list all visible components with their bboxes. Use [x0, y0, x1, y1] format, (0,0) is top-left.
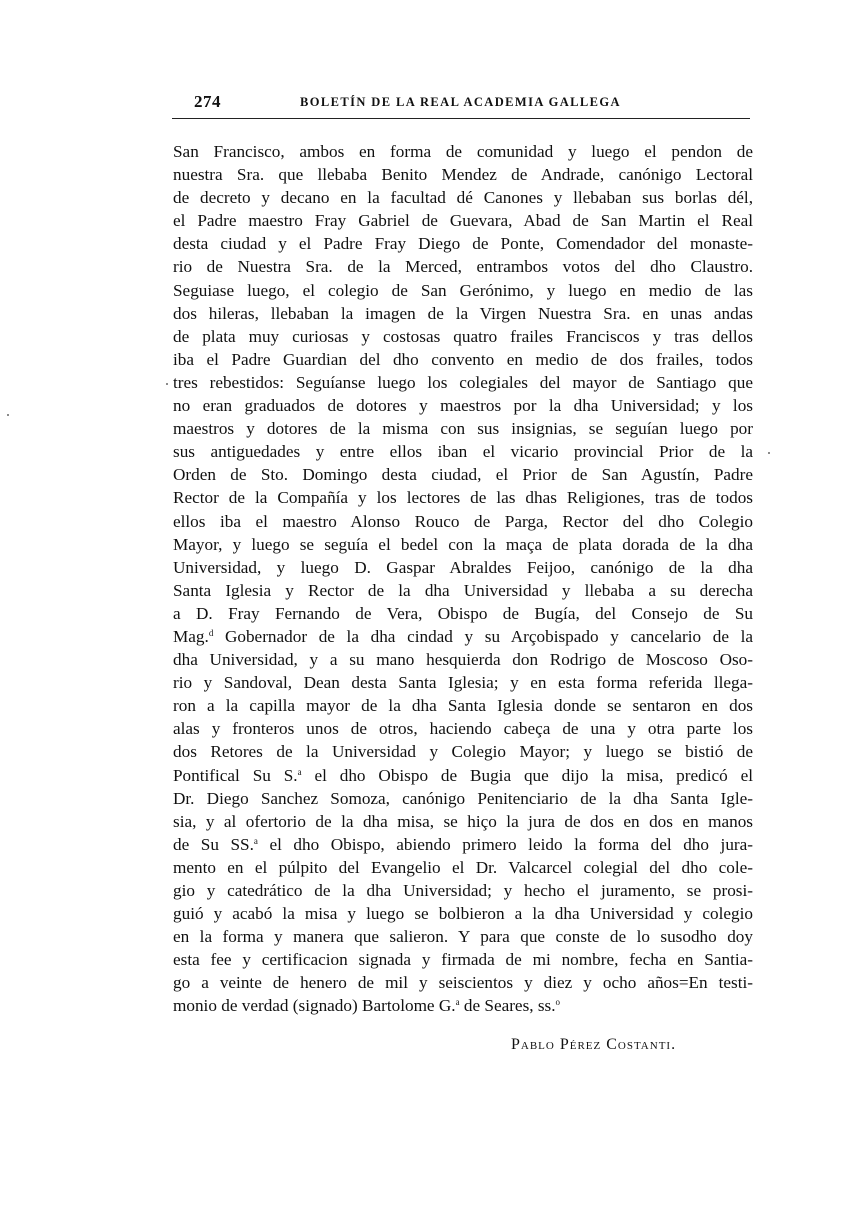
text-line: Pontifical Su S.a el dho Obispo de Bugia…: [173, 764, 753, 787]
text-fragment: Pontifical Su S.: [173, 766, 298, 785]
text-line: rio de Nuestra Sra. de la Merced, entram…: [173, 255, 753, 278]
text-line: Orden de Sto. Domingo desta ciudad, el P…: [173, 463, 753, 486]
text-line: rio y Sandoval, Dean desta Santa Iglesia…: [173, 671, 753, 694]
text-line: Universidad, y luego D. Gaspar Abraldes …: [173, 556, 753, 579]
text-line: maestros y dotores de la misma con sus i…: [173, 417, 753, 440]
text-line: a D. Fray Fernando de Vera, Obispo de Bu…: [173, 602, 753, 625]
text-line: guió y acabó la misa y luego se bolbiero…: [173, 902, 753, 925]
text-line: esta fee y certificacion signada y firma…: [173, 948, 753, 971]
superscript: o: [556, 997, 561, 1007]
text-line: dos Retores de la Universidad y Colegio …: [173, 740, 753, 763]
text-line: mento en el púlpito del Evangelio el Dr.…: [173, 856, 753, 879]
text-line: alas y fronteros unos de otros, haciendo…: [173, 717, 753, 740]
text-line: ellos iba el maestro Alonso Rouco de Par…: [173, 510, 753, 533]
text-line: sia, y al ofertorio de la dha misa, se h…: [173, 810, 753, 833]
text-line: tres rebestidos: Seguíanse luego los col…: [173, 371, 753, 394]
text-line: desta ciudad y el Padre Fray Diego de Po…: [173, 232, 753, 255]
scan-speck: [7, 414, 9, 416]
text-fragment: de Seares, ss.: [460, 996, 556, 1015]
text-line: sus antiguedades y entre ellos iban el v…: [173, 440, 753, 463]
text-line: iba el Padre Guardian del dho convento e…: [173, 348, 753, 371]
text-line: ron a la capilla mayor de la dha Santa I…: [173, 694, 753, 717]
page-header: 274 Boletín de la Real Academia Gallega: [172, 92, 750, 119]
text-line: Rector de la Compañía y los lectores de …: [173, 486, 753, 509]
body-text: San Francisco, ambos en forma de comunid…: [173, 140, 753, 1018]
page-number: 274: [194, 92, 221, 112]
text-line: de decreto y decano en la facultad dé Ca…: [173, 186, 753, 209]
text-line: no eran graduados de dotores y maestros …: [173, 394, 753, 417]
scan-speck: [166, 383, 168, 385]
text-line: Mag.d Gobernador de la dha cindad y su A…: [173, 625, 753, 648]
text-line: Santa Iglesia y Rector de la dha Univers…: [173, 579, 753, 602]
text-line: en la forma y manera que salieron. Y par…: [173, 925, 753, 948]
running-title: Boletín de la Real Academia Gallega: [300, 95, 621, 110]
text-line: de Su SS.a el dho Obispo, abiendo primer…: [173, 833, 753, 856]
text-fragment: el dho Obispo de Bugia que dijo la misa,…: [302, 766, 753, 785]
text-line: Dr. Diego Sanchez Somoza, canónigo Penit…: [173, 787, 753, 810]
text-line: go a veinte de henero de mil y seiscient…: [173, 971, 753, 994]
text-line: San Francisco, ambos en forma de comunid…: [173, 140, 753, 163]
text-fragment: el dho Obispo, abiendo primero leido la …: [258, 835, 753, 854]
text-line: el Padre maestro Fray Gabriel de Guevara…: [173, 209, 753, 232]
text-fragment: Mag.: [173, 627, 209, 646]
text-line: monio de verdad (signado) Bartolome G.a …: [173, 994, 753, 1017]
text-fragment: de Su SS.: [173, 835, 254, 854]
text-line: Mayor, y luego se seguía el bedel con la…: [173, 533, 753, 556]
text-line: de plata muy curiosas y costosas quatro …: [173, 325, 753, 348]
text-fragment: monio de verdad (signado) Bartolome G.: [173, 996, 456, 1015]
text-line: Seguiase luego, el colegio de San Geróni…: [173, 279, 753, 302]
text-line: nuestra Sra. que llebaba Benito Mendez d…: [173, 163, 753, 186]
text-line: gio y catedrático de la dha Universidad;…: [173, 879, 753, 902]
text-line: dos hileras, llebaban la imagen de la Vi…: [173, 302, 753, 325]
text-fragment: Gobernador de la dha cindad y su Arçobis…: [213, 627, 753, 646]
author-signature: Pablo Pérez Costanti.: [511, 1036, 676, 1054]
text-line: dha Universidad, y a su mano hesquierda …: [173, 648, 753, 671]
scan-speck: [768, 452, 770, 454]
